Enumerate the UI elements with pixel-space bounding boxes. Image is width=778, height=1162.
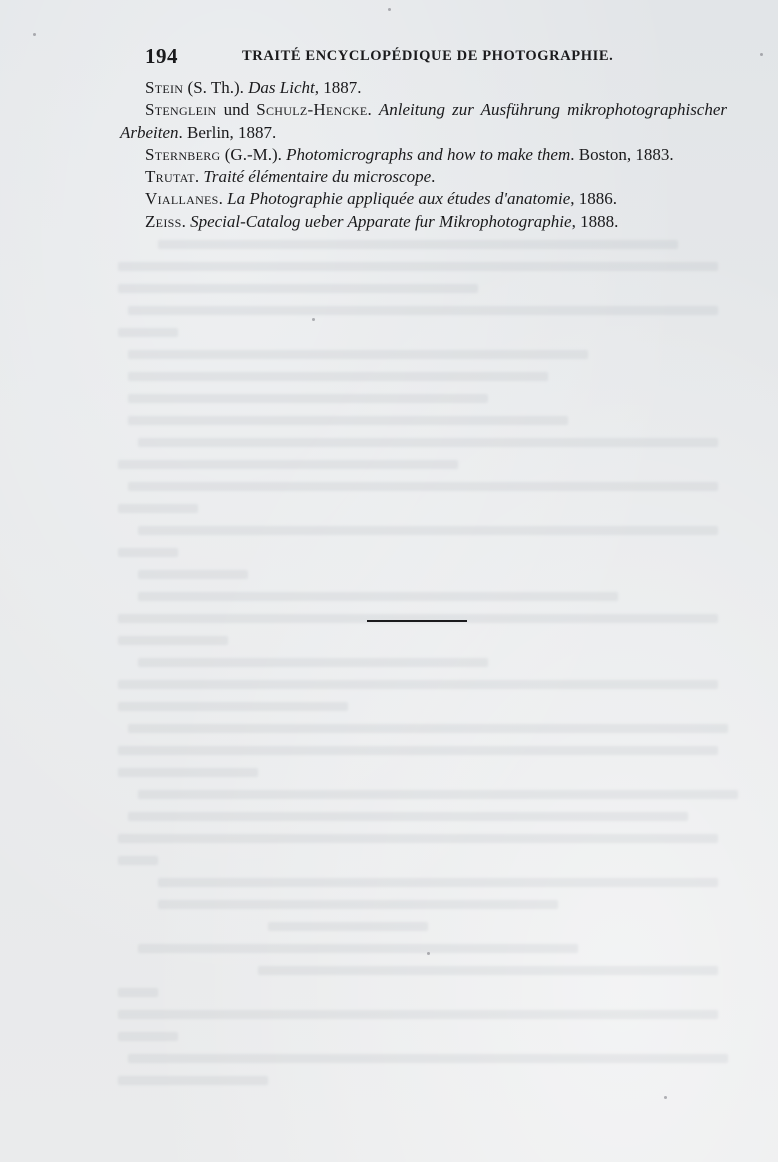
entry-author: Sternberg — [145, 145, 221, 164]
entry-imprint: , 1887. — [315, 78, 362, 97]
entry-title: La Photographie appliquée aux études d'a… — [227, 189, 570, 208]
entry-author: Trutat — [145, 167, 195, 186]
entry-author: Zeiss — [145, 212, 182, 231]
paper-speck — [760, 53, 763, 56]
bibliography-entry: Sternberg (G.-M.). Photomicrographs and … — [120, 144, 727, 166]
entry-title: Special-Catalog ueber Apparate fur Mikro… — [190, 212, 572, 231]
paper-speck — [33, 33, 36, 36]
entry-coauthor: Schulz-Hencke — [256, 100, 367, 119]
paper-speck — [664, 1096, 667, 1099]
paper-speck — [427, 952, 430, 955]
paper-speck — [312, 318, 315, 321]
entry-initials: (G.-M.). — [221, 145, 287, 164]
page-number: 194 — [145, 44, 178, 69]
entry-title: Traité élémentaire du microscope — [203, 167, 431, 186]
entry-separator: . — [182, 212, 191, 231]
entry-imprint: . Berlin, 1887. — [179, 123, 277, 142]
paper-speck — [388, 8, 391, 11]
entry-author: Viallanes — [145, 189, 219, 208]
entry-separator: . — [219, 189, 228, 208]
section-end-rule — [367, 620, 467, 622]
entry-title: Photomicrographs and how to make them — [286, 145, 570, 164]
entry-separator: . — [368, 100, 379, 119]
entry-imprint: . — [431, 167, 435, 186]
entry-connector: und — [216, 100, 256, 119]
entry-imprint: . Bos­ton, 1883. — [570, 145, 673, 164]
entry-author: Stenglein — [145, 100, 216, 119]
bibliography-entry: Zeiss. Special-Catalog ueber Apparate fu… — [120, 211, 727, 233]
book-page: 194 TRAITÉ ENCYCLOPÉDIQUE DE PHOTOGRAPHI… — [0, 0, 778, 1162]
running-head: 194 TRAITÉ ENCYCLOPÉDIQUE DE PHOTOGRAPHI… — [145, 44, 615, 68]
entry-initials: (S. Th.). — [183, 78, 248, 97]
entry-author: Stein — [145, 78, 183, 97]
bibliography-list: Stein (S. Th.). Das Licht, 1887. Stengle… — [120, 77, 727, 233]
entry-title: Das Licht — [248, 78, 315, 97]
bibliography-entry: Stein (S. Th.). Das Licht, 1887. — [120, 77, 727, 99]
entry-imprint: , 1888. — [572, 212, 619, 231]
entry-imprint: , 1886. — [570, 189, 617, 208]
book-title: TRAITÉ ENCYCLOPÉDIQUE DE PHOTOGRAPHIE. — [242, 48, 613, 65]
bibliography-entry: Viallanes. La Photographie appliquée aux… — [120, 188, 727, 210]
bibliography-entry: Trutat. Traité élémentaire du microscope… — [120, 166, 727, 188]
bibliography-entry: Stenglein und Schulz-Hencke. Anleitung z… — [120, 99, 727, 144]
